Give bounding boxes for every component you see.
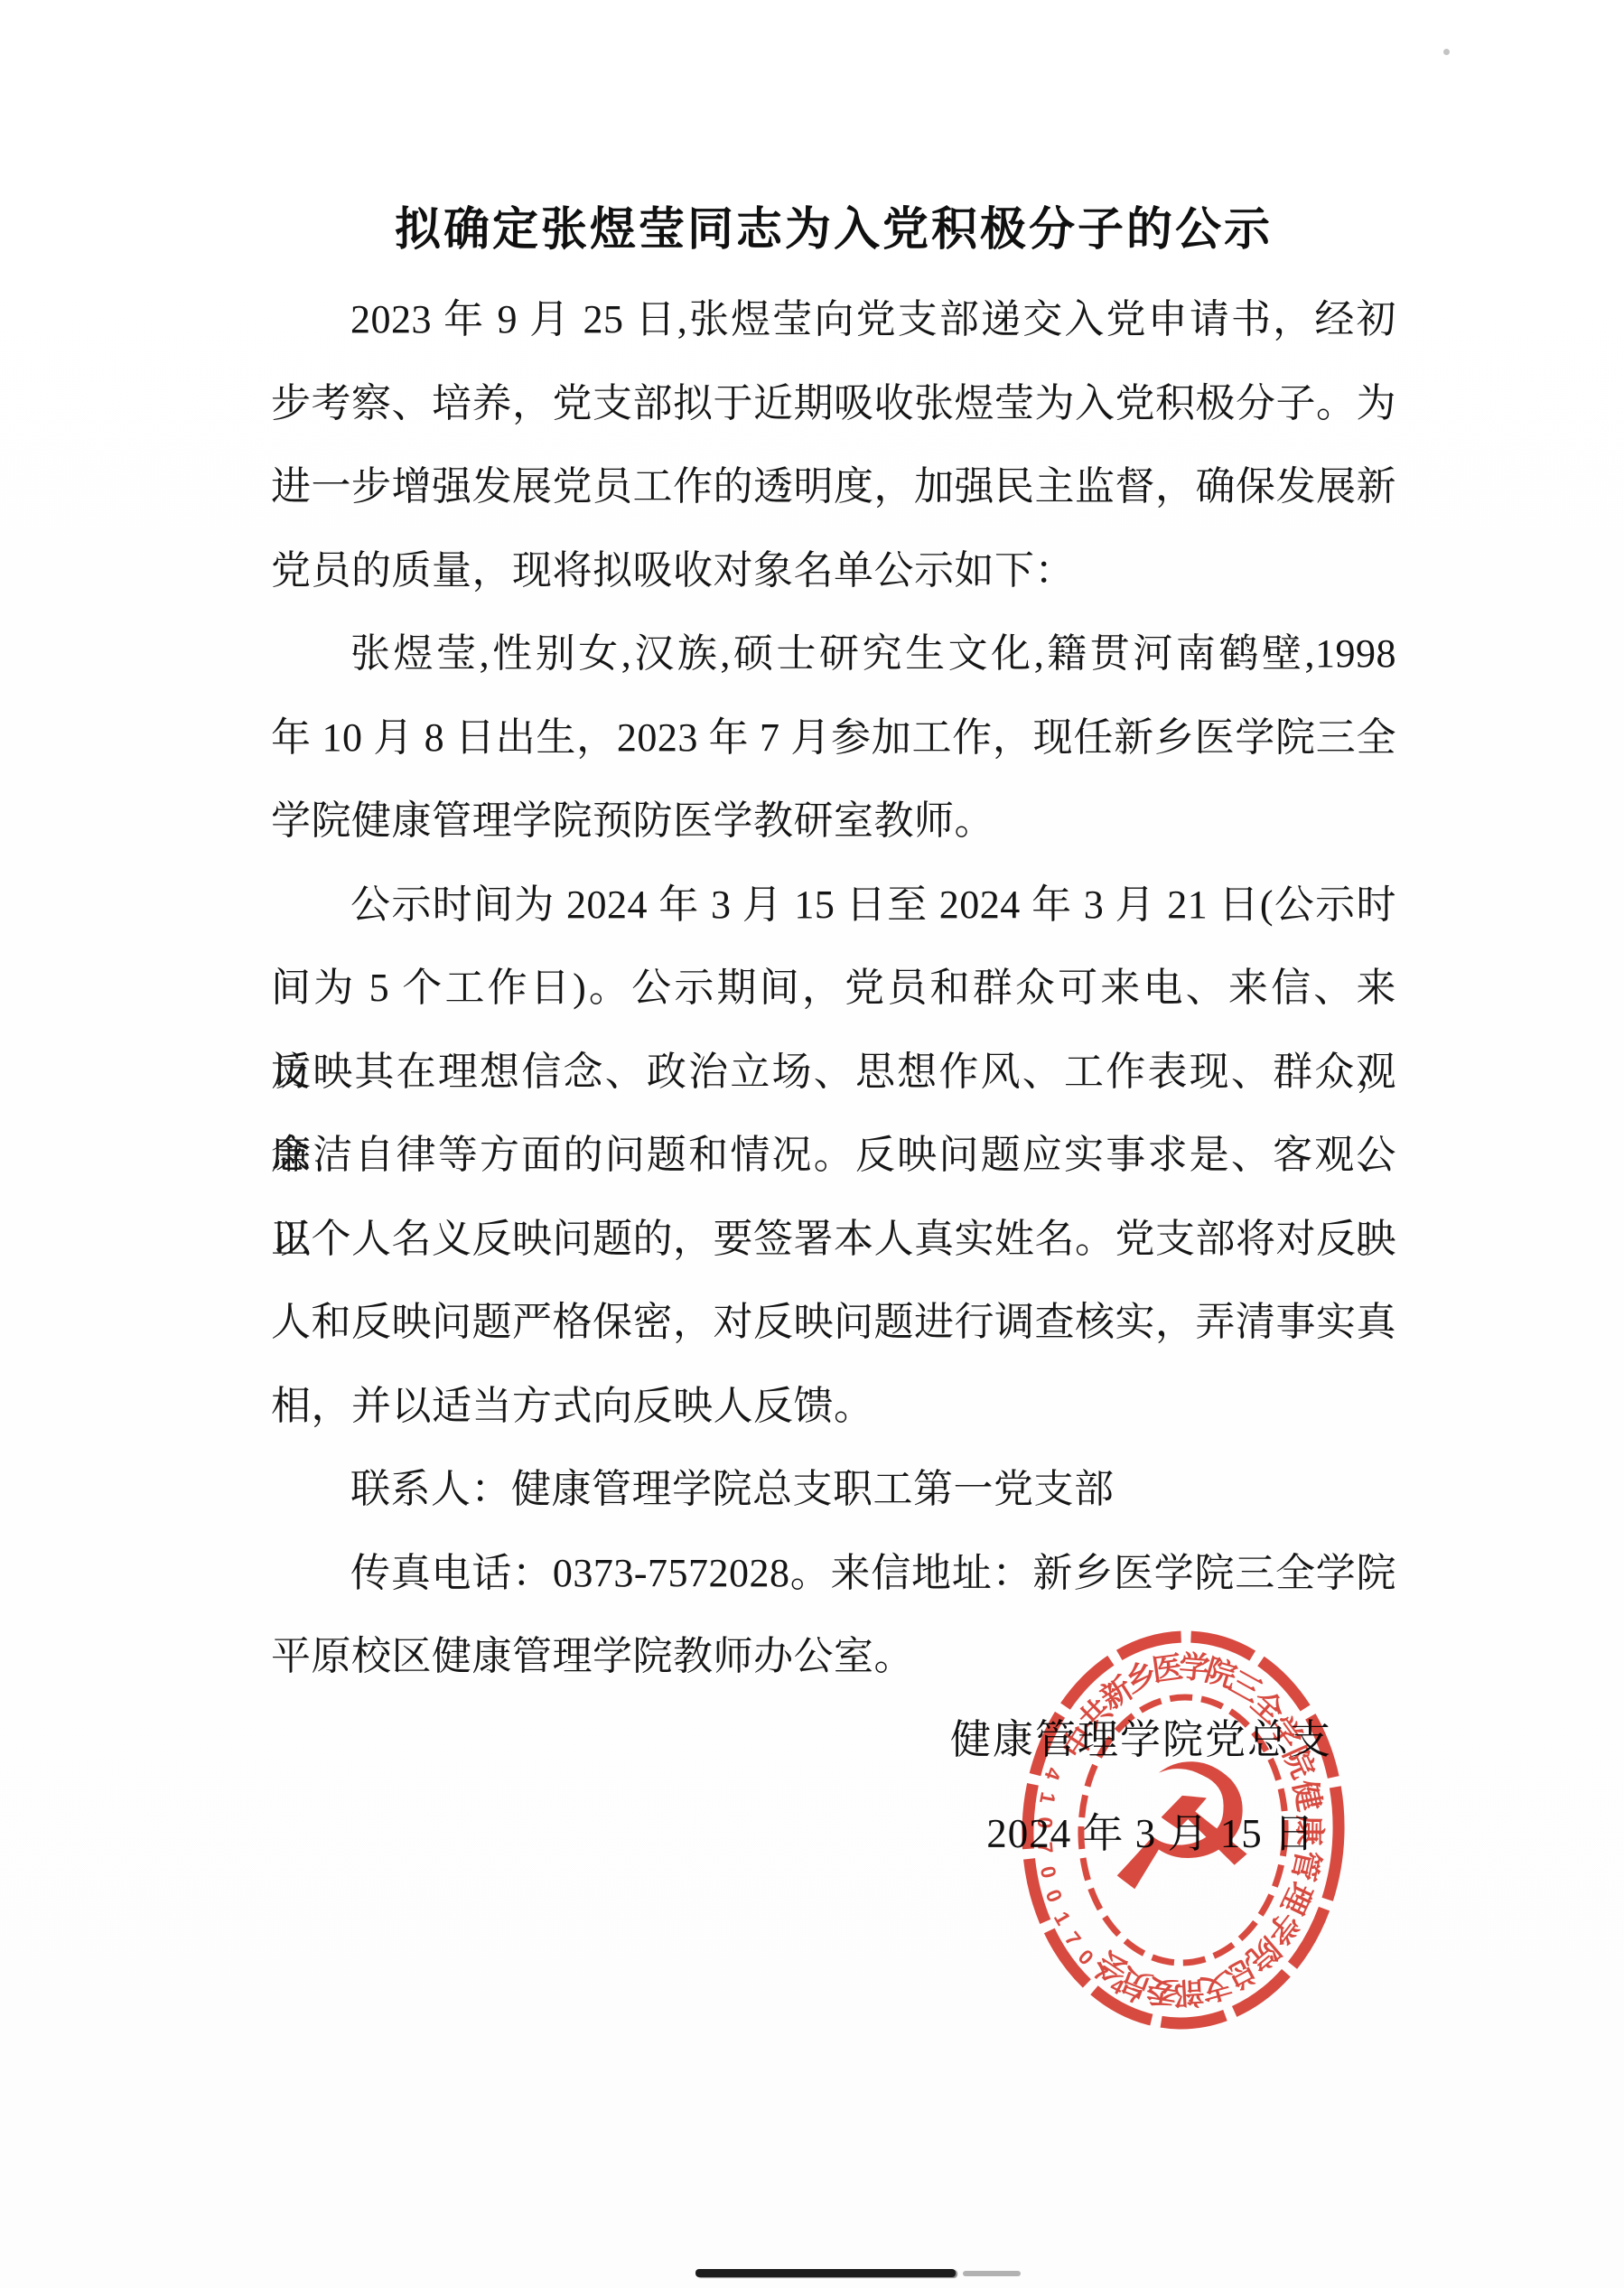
svg-text:0: 0 bbox=[1041, 1886, 1068, 1905]
scan-artifact bbox=[963, 2271, 1021, 2276]
body-line: 学院健康管理学院预防医学教研室教师。 bbox=[271, 780, 1396, 864]
body-line: 传真电话：0373-7572028。来信地址：新乡医学院三全学院 bbox=[271, 1532, 1396, 1616]
document-body: 2023 年 9 月 25 日,张煜莹向党支部递交入党申请书，经初 步考察、培养… bbox=[271, 278, 1396, 1699]
body-line: 以个人名义反映问题的，要签署本人真实姓名。党支部将对反映 bbox=[271, 1198, 1396, 1282]
body-line: 进一步增强发展党员工作的透明度，加强民主监督，确保发展新 bbox=[271, 445, 1396, 529]
body-line: 间为 5 个工作日)。公示期间，党员和群众可来电、来信、来访， bbox=[271, 947, 1396, 1031]
svg-text:1: 1 bbox=[1035, 1790, 1060, 1807]
svg-text:0: 0 bbox=[1033, 1816, 1058, 1829]
svg-text:4: 4 bbox=[1040, 1765, 1066, 1784]
body-line: 2023 年 9 月 25 日,张煜莹向党支部递交入党申请书，经初 bbox=[271, 278, 1396, 362]
svg-text:0: 0 bbox=[1036, 1863, 1061, 1880]
body-line: 廉洁自律等方面的问题和情况。反映问题应实事求是、客观公正。 bbox=[271, 1114, 1396, 1198]
svg-text:7: 7 bbox=[1033, 1841, 1058, 1854]
body-line: 公示时间为 2024 年 3 月 15 日至 2024 年 3 月 21 日(公… bbox=[271, 864, 1396, 948]
document-title: 拟确定张煜莹同志为入党积极分子的公示 bbox=[271, 201, 1396, 258]
body-line: 相，并以适当方式向反映人反馈。 bbox=[271, 1365, 1396, 1449]
svg-text:康: 康 bbox=[1292, 1815, 1326, 1845]
body-line: 年 10 月 8 日出生，2023 年 7 月参加工作，现任新乡医学院三全 bbox=[271, 696, 1396, 780]
body-line: 人和反映问题严格保密，对反映问题进行调查核实，弄清事实真 bbox=[271, 1281, 1396, 1365]
body-line: 反映其在理想信念、政治立场、思想作风、工作表现、群众观念、 bbox=[271, 1031, 1396, 1115]
scan-artifact bbox=[1443, 49, 1450, 55]
party-emblem-icon: ☭ bbox=[1100, 1724, 1266, 1936]
body-line: 步考察、培养，党支部拟于近期吸收张煜莹为入党积极分子。为 bbox=[271, 362, 1396, 446]
svg-text:健: 健 bbox=[1286, 1778, 1326, 1815]
body-line: 党员的质量，现将拟吸收对象名单公示如下： bbox=[271, 529, 1396, 613]
scanned-page: 拟确定张煜莹同志为入党积极分子的公示 2023 年 9 月 25 日,张煜莹向党… bbox=[0, 0, 1624, 2288]
scan-artifact bbox=[695, 2269, 956, 2277]
body-line: 张煜莹,性别女,汉族,硕士研究生文化,籍贯河南鹤壁,1998 bbox=[271, 612, 1396, 696]
body-line: 联系人：健康管理学院总支职工第一党支部 bbox=[271, 1448, 1396, 1532]
svg-text:1: 1 bbox=[1050, 1908, 1076, 1929]
official-seal: ☭ 中共新乡医学院三全学院健康管理学院总支部委员会 410700170747 bbox=[975, 1595, 1391, 2064]
